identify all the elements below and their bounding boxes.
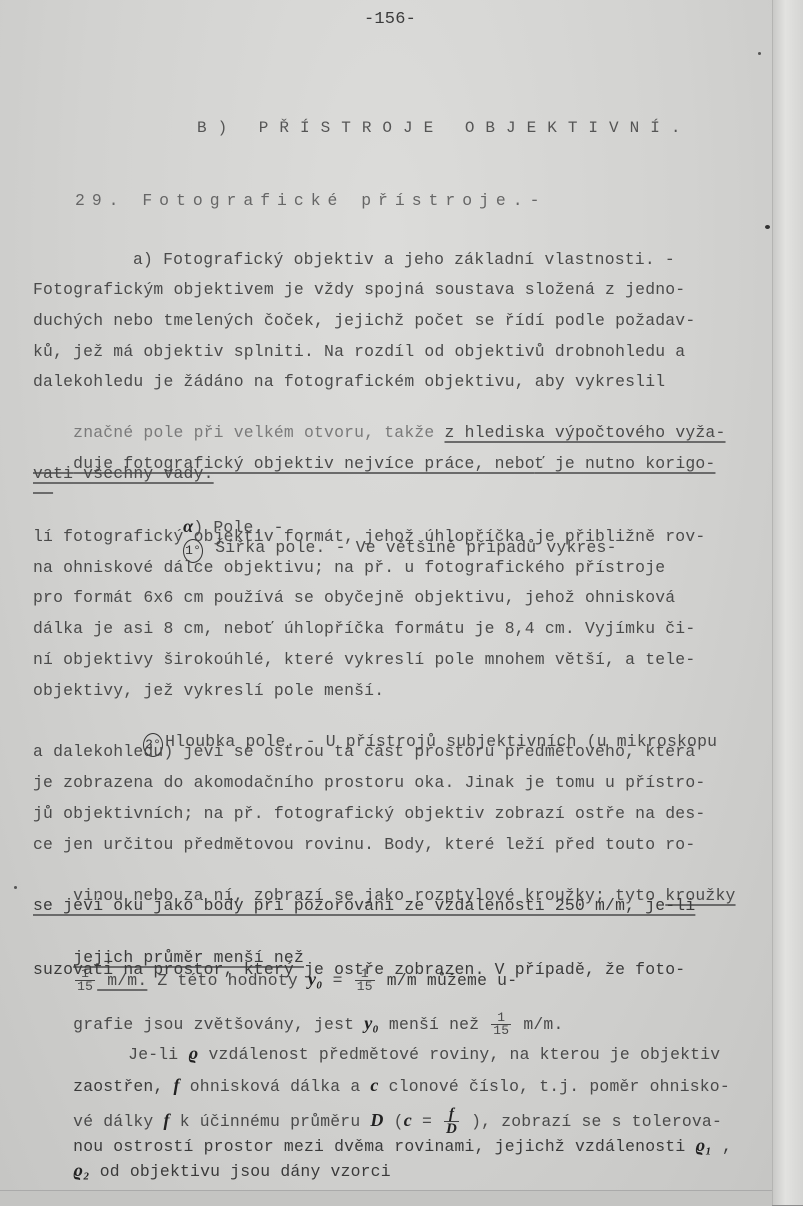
page-edge <box>772 0 803 1205</box>
text-line: dalekohledu je žádáno na fotografickém o… <box>33 372 665 392</box>
paragraph-a-title: a) Fotografický objektiv a jeho základní… <box>133 250 675 270</box>
text-line: objektivy, jež vykreslí pole menší. <box>33 681 384 701</box>
scan-artifact <box>14 886 17 889</box>
symbol-rho-1: ϱ₁ <box>695 1135 712 1155</box>
underlined-text-line: se jeví oku jako body při pozorování ze … <box>33 896 695 916</box>
text-line: a dalekohledu) jeví se ostrou ta část pr… <box>33 742 695 762</box>
text-run: ť je nutno korigo- <box>535 454 716 473</box>
text-line: ků, jež má objektiv splniti. Na rozdíl o… <box>33 342 685 362</box>
chapter-heading: 29. Fotografické přístroje.- <box>75 191 546 211</box>
text-line: jů objektivních; na př. fotografický obj… <box>33 804 705 824</box>
text-line: je zobrazena do akomodačního prostoru ok… <box>33 773 705 793</box>
underlined-text-line: vati všechny vady. <box>33 464 214 484</box>
text-line: duchých nebo tmelených čoček, jejichž po… <box>33 311 695 331</box>
text-line: ce jen určitou předmětovou rovinu. Body,… <box>33 835 695 855</box>
page-number: -156- <box>364 10 416 30</box>
symbol-rho-2: ϱ₂ <box>73 1160 90 1180</box>
text-line: na ohniskové dálce objektivu; na př. u f… <box>33 558 665 578</box>
text-run: , <box>712 1137 732 1156</box>
text-line: ní objektivy širokoúhlé, které vykreslí … <box>33 650 695 670</box>
text-line: pro formát 6x6 cm používá se obyčejně ob… <box>33 588 675 608</box>
scan-artifact <box>765 225 770 229</box>
page-bottom-edge <box>0 1190 772 1205</box>
text-line: Fotografickým objektivem je vždy spojná … <box>33 280 685 300</box>
text-line: suzovati na prostor, který je ostře zobr… <box>33 960 685 980</box>
scan-artifact <box>758 52 761 55</box>
text-run: od objektivu jsou dány vzorci <box>90 1162 391 1181</box>
section-heading: B) PŘÍSTROJE OBJEKTIVNÍ. <box>197 118 691 138</box>
text-line: lí fotografický objektiv formát, jehož ú… <box>33 527 705 547</box>
text-line: dálka je asi 8 cm, neboť úhlopříčka form… <box>33 619 695 639</box>
typewritten-page: -156- B) PŘÍSTROJE OBJEKTIVNÍ. 29. Fotog… <box>0 0 772 1190</box>
